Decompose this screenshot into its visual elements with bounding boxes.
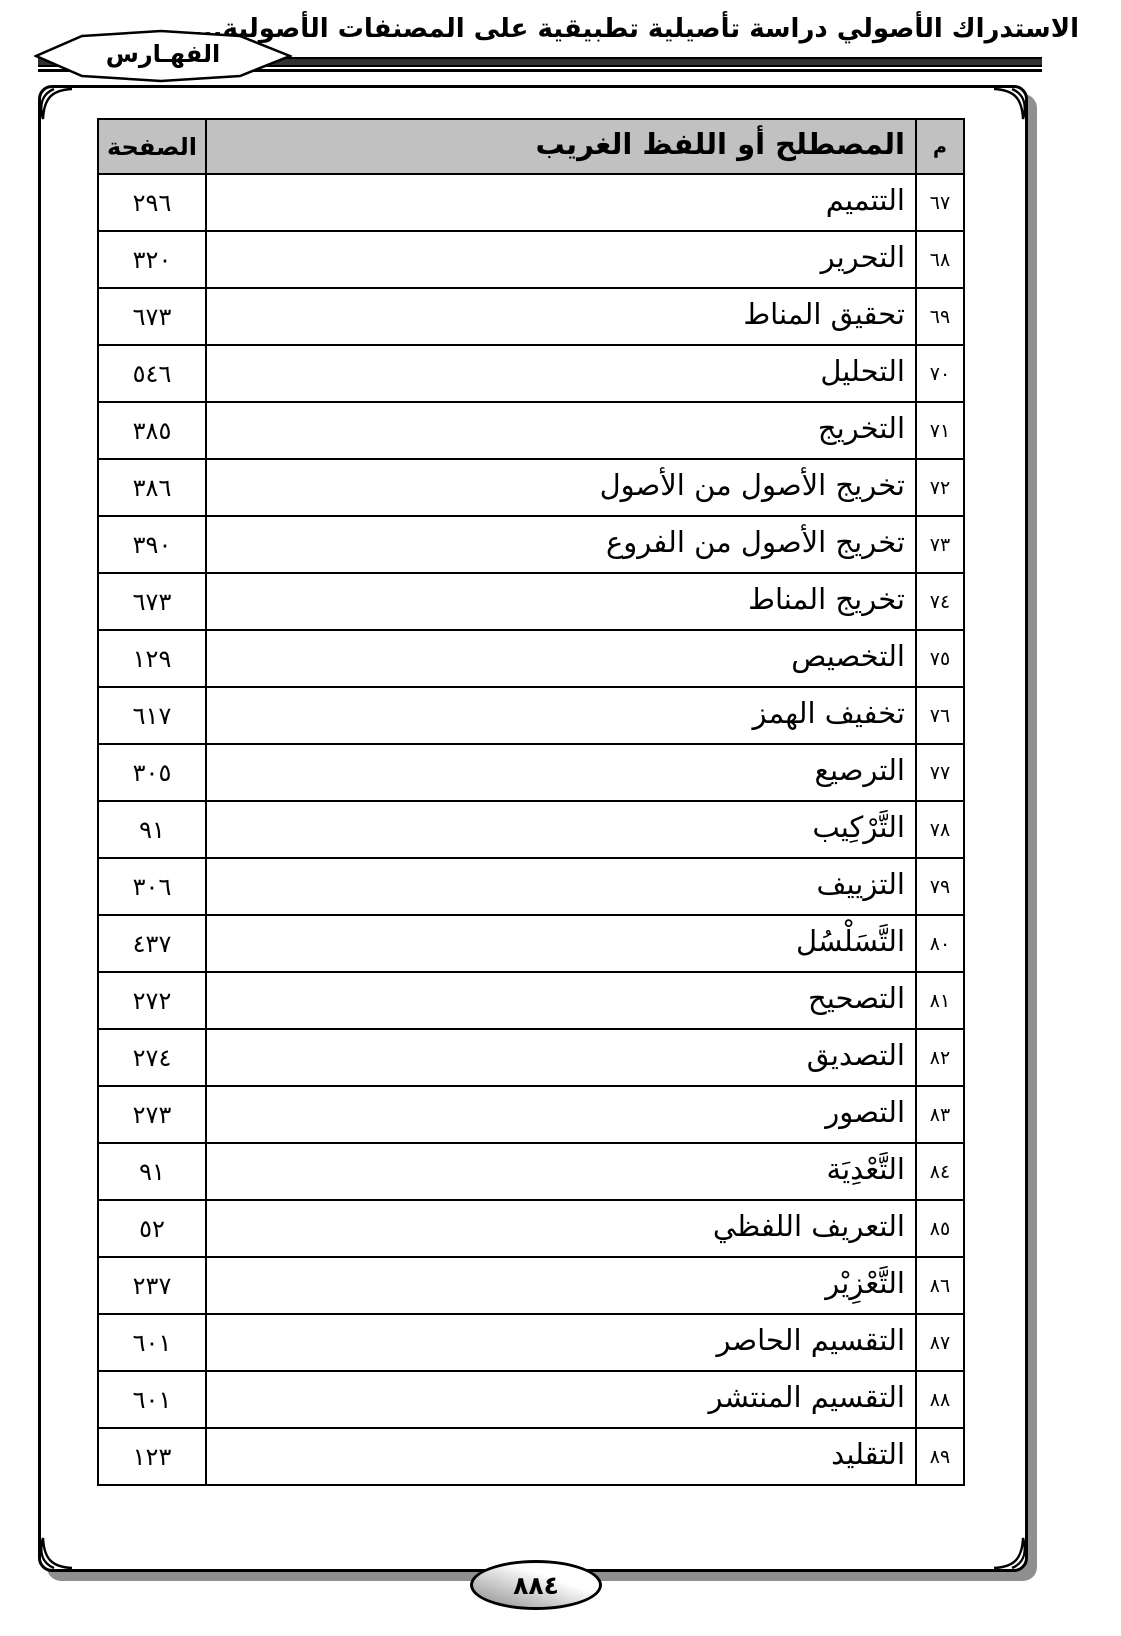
corner-curl-icon: [38, 85, 76, 123]
row-term-cell: التزييف: [206, 858, 916, 915]
table-row: ٧١ التخريج ٣٨٥: [98, 402, 964, 459]
table-row: ٨٣ التصور ٢٧٣: [98, 1086, 964, 1143]
row-term-cell: التحرير: [206, 231, 916, 288]
row-page-cell: ١٢٩: [98, 630, 206, 687]
row-term-cell: التقليد: [206, 1428, 916, 1485]
row-term-cell: الترصيع: [206, 744, 916, 801]
table-row: ٦٨ التحرير ٣٢٠: [98, 231, 964, 288]
page-number: ٨٨٤: [513, 1571, 559, 1600]
row-page-cell: ٣٩٠: [98, 516, 206, 573]
row-number-cell: ٧١: [916, 402, 964, 459]
row-page-cell: ٣٠٦: [98, 858, 206, 915]
row-term-cell: تحقيق المناط: [206, 288, 916, 345]
column-header-term: المصطلح أو اللفظ الغريب: [206, 119, 916, 174]
table-row: ٨٧ التقسيم الحاصر ٦٠١: [98, 1314, 964, 1371]
row-number-cell: ٧٧: [916, 744, 964, 801]
table-row: ٨٢ التصديق ٢٧٤: [98, 1029, 964, 1086]
row-page-cell: ٣٠٥: [98, 744, 206, 801]
table-row: ٧٢ تخريج الأصول من الأصول ٣٨٦: [98, 459, 964, 516]
row-term-cell: التقسيم المنتشر: [206, 1371, 916, 1428]
row-number-cell: ٧٥: [916, 630, 964, 687]
table-row: ٨٩ التقليد ١٢٣: [98, 1428, 964, 1485]
row-number-cell: ٦٩: [916, 288, 964, 345]
row-term-cell: التقسيم الحاصر: [206, 1314, 916, 1371]
book-page: { "header": { "book_title": "الاستدراك ا…: [0, 0, 1121, 1636]
page-number-badge: ٨٨٤: [470, 1560, 602, 1610]
row-number-cell: ٨٢: [916, 1029, 964, 1086]
row-term-cell: التَّسَلْسُل: [206, 915, 916, 972]
row-term-cell: التتميم: [206, 174, 916, 231]
row-term-cell: تخفيف الهمز: [206, 687, 916, 744]
row-number-cell: ٦٧: [916, 174, 964, 231]
row-number-cell: ٨٠: [916, 915, 964, 972]
row-number-cell: ٧٢: [916, 459, 964, 516]
table-row: ٧٤ تخريج المناط ٦٧٣: [98, 573, 964, 630]
table-row: ٧٨ التَّرْكِيب ٩١: [98, 801, 964, 858]
section-badge: الفهـارس: [34, 28, 292, 84]
table-row: ٧٣ تخريج الأصول من الفروع ٣٩٠: [98, 516, 964, 573]
row-number-cell: ٧٠: [916, 345, 964, 402]
table-header-row: م المصطلح أو اللفظ الغريب الصفحة: [98, 119, 964, 174]
row-page-cell: ٣٢٠: [98, 231, 206, 288]
row-page-cell: ٣٨٥: [98, 402, 206, 459]
row-term-cell: تخريج الأصول من الأصول: [206, 459, 916, 516]
table-row: ٧٩ التزييف ٣٠٦: [98, 858, 964, 915]
column-header-page: الصفحة: [98, 119, 206, 174]
row-page-cell: ٥٤٦: [98, 345, 206, 402]
row-number-cell: ٧٨: [916, 801, 964, 858]
row-page-cell: ٦١٧: [98, 687, 206, 744]
row-page-cell: ٢٣٧: [98, 1257, 206, 1314]
row-number-cell: ٦٨: [916, 231, 964, 288]
row-term-cell: التصديق: [206, 1029, 916, 1086]
row-page-cell: ٦٠١: [98, 1314, 206, 1371]
row-term-cell: تخريج الأصول من الفروع: [206, 516, 916, 573]
row-number-cell: ٨٩: [916, 1428, 964, 1485]
column-header-number: م: [916, 119, 964, 174]
row-page-cell: ٢٧٣: [98, 1086, 206, 1143]
row-number-cell: ٨٦: [916, 1257, 964, 1314]
row-number-cell: ٨٧: [916, 1314, 964, 1371]
corner-curl-icon: [990, 85, 1028, 123]
row-term-cell: التخريج: [206, 402, 916, 459]
row-page-cell: ٥٢: [98, 1200, 206, 1257]
row-page-cell: ٢٧٤: [98, 1029, 206, 1086]
row-term-cell: التَّرْكِيب: [206, 801, 916, 858]
row-term-cell: التَّعْزِيْر: [206, 1257, 916, 1314]
row-term-cell: التصحيح: [206, 972, 916, 1029]
table-row: ٧٥ التخصيص ١٢٩: [98, 630, 964, 687]
table-body: ٦٧ التتميم ٢٩٦ ٦٨ التحرير ٣٢٠ ٦٩ تحقيق ا…: [98, 174, 964, 1485]
row-page-cell: ٤٣٧: [98, 915, 206, 972]
row-number-cell: ٧٩: [916, 858, 964, 915]
table-row: ٦٩ تحقيق المناط ٦٧٣: [98, 288, 964, 345]
row-number-cell: ٨٣: [916, 1086, 964, 1143]
row-term-cell: التخصيص: [206, 630, 916, 687]
row-page-cell: ٦٠١: [98, 1371, 206, 1428]
row-page-cell: ١٢٣: [98, 1428, 206, 1485]
row-term-cell: التعريف اللفظي: [206, 1200, 916, 1257]
row-page-cell: ٦٧٣: [98, 573, 206, 630]
row-number-cell: ٨٨: [916, 1371, 964, 1428]
row-number-cell: ٨١: [916, 972, 964, 1029]
row-page-cell: ٣٨٦: [98, 459, 206, 516]
row-number-cell: ٨٤: [916, 1143, 964, 1200]
row-page-cell: ٦٧٣: [98, 288, 206, 345]
table-row: ٧٧ الترصيع ٣٠٥: [98, 744, 964, 801]
content-frame: م المصطلح أو اللفظ الغريب الصفحة ٦٧ التت…: [38, 85, 1028, 1572]
row-number-cell: ٧٤: [916, 573, 964, 630]
corner-curl-icon: [38, 1534, 76, 1572]
row-number-cell: ٨٥: [916, 1200, 964, 1257]
row-number-cell: ٧٣: [916, 516, 964, 573]
table-row: ٦٧ التتميم ٢٩٦: [98, 174, 964, 231]
row-number-cell: ٧٦: [916, 687, 964, 744]
glossary-index-table: م المصطلح أو اللفظ الغريب الصفحة ٦٧ التت…: [97, 118, 965, 1486]
row-term-cell: تخريج المناط: [206, 573, 916, 630]
row-term-cell: التصور: [206, 1086, 916, 1143]
table-row: ٨٥ التعريف اللفظي ٥٢: [98, 1200, 964, 1257]
corner-curl-icon: [990, 1534, 1028, 1572]
table-row: ٨٦ التَّعْزِيْر ٢٣٧: [98, 1257, 964, 1314]
table-row: ٨٠ التَّسَلْسُل ٤٣٧: [98, 915, 964, 972]
row-page-cell: ٩١: [98, 801, 206, 858]
row-term-cell: التحليل: [206, 345, 916, 402]
table-row: ٨٤ التَّعْدِيَة ٩١: [98, 1143, 964, 1200]
row-page-cell: ٢٩٦: [98, 174, 206, 231]
table-row: ٨١ التصحيح ٢٧٢: [98, 972, 964, 1029]
table-row: ٧٦ تخفيف الهمز ٦١٧: [98, 687, 964, 744]
section-badge-label: الفهـارس: [34, 28, 292, 84]
table-row: ٧٠ التحليل ٥٤٦: [98, 345, 964, 402]
row-page-cell: ٩١: [98, 1143, 206, 1200]
row-page-cell: ٢٧٢: [98, 972, 206, 1029]
book-title: الاستدراك الأصولي دراسة تأصيلية تطبيقية …: [519, 14, 1079, 44]
table-row: ٨٨ التقسيم المنتشر ٦٠١: [98, 1371, 964, 1428]
row-term-cell: التَّعْدِيَة: [206, 1143, 916, 1200]
